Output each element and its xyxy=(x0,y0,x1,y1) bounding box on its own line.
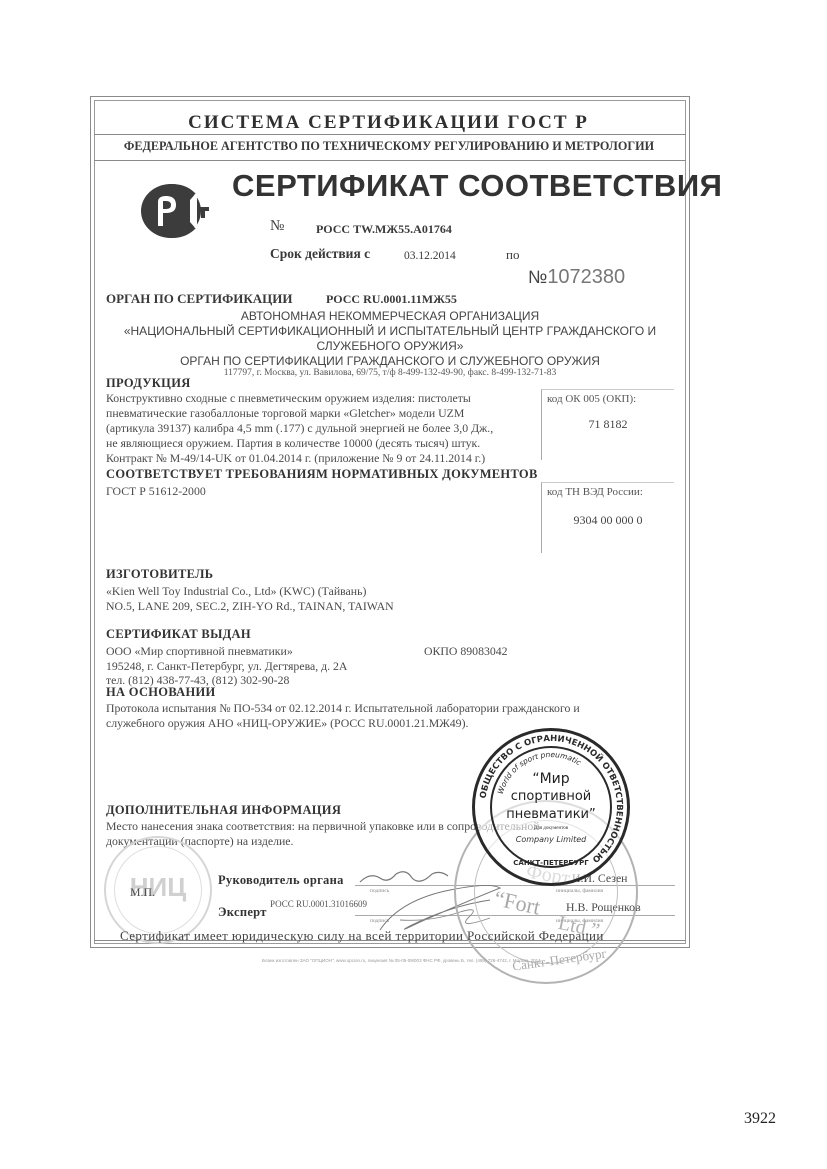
basis-line: Протокола испытания № ПО-534 от 02.12.20… xyxy=(106,701,580,716)
certification-body-line: «НАЦИОНАЛЬНЫЙ СЕРТИФИКАЦИОННЫЙ И ИСПЫТАТ… xyxy=(94,324,686,338)
certification-body-line: ОРГАН ПО СЕРТИФИКАЦИИ ГРАЖДАНСКОГО И СЛУ… xyxy=(94,354,686,368)
certification-body-code: РОСС RU.0001.11МЖ55 xyxy=(326,292,457,307)
stamp-for-docs: Для документов xyxy=(475,826,627,831)
conformity-standard: ГОСТ Р 51612-2000 xyxy=(106,484,206,499)
serial-prefix: № xyxy=(528,267,547,287)
number-label: № xyxy=(270,218,284,235)
product-line: пневматические газобаллоные торговой мар… xyxy=(106,406,464,421)
additional-info-label: ДОПОЛНИТЕЛЬНАЯ ИНФОРМАЦИЯ xyxy=(106,803,341,818)
certification-body-line: АВТОНОМНАЯ НЕКОММЕРЧЕСКАЯ ОРГАНИЗАЦИЯ xyxy=(94,309,686,323)
nic-seal-text: НИЦ xyxy=(106,872,210,903)
divider xyxy=(94,160,686,161)
valid-from-date: 03.12.2014 xyxy=(404,250,456,262)
rst-logo-icon xyxy=(134,180,214,242)
product-line: не являющиеся оружием. Партия в количест… xyxy=(106,436,480,451)
company-stamp: ОБЩЕСТВО С ОГРАНИЧЕННОЙ ОТВЕТСТВЕННОСТЬЮ… xyxy=(472,728,630,886)
issued-to-label: СЕРТИФИКАТ ВЫДАН xyxy=(106,627,251,642)
legal-validity-note: Сертификат имеет юридическую силу на все… xyxy=(120,928,604,944)
serial-value: 1072380 xyxy=(547,266,625,288)
okp-code-label: код ОК 005 (ОКП): xyxy=(547,393,636,405)
valid-to-label: по xyxy=(506,247,519,263)
product-line: Конструктивно сходные с пневметическим о… xyxy=(106,391,471,406)
stamp-line: “Мир xyxy=(475,771,627,787)
system-title: СИСТЕМА СЕРТИФИКАЦИИ ГОСТ Р xyxy=(0,112,777,134)
seal-place-label: М.П. xyxy=(130,885,155,900)
okp-code-value: 71 8182 xyxy=(542,417,674,432)
tnved-code-label: код ТН ВЭД России: xyxy=(547,486,643,498)
stamp-line: спортивной xyxy=(475,789,627,804)
validity-label: Срок действия с xyxy=(270,246,370,262)
divider xyxy=(94,134,686,135)
head-label: Руководитель органа xyxy=(218,873,344,888)
manufacturer-label: ИЗГОТОВИТЕЛЬ xyxy=(106,567,213,582)
stamp-line: пневматики” xyxy=(475,807,627,822)
product-label: ПРОДУКЦИЯ xyxy=(106,376,191,391)
manufacturer-address: NO.5, LANE 209, SEC.2, ZIH-YO Rd., TAINA… xyxy=(106,599,394,614)
okp-code-box: код ОК 005 (ОКП): 71 8182 xyxy=(541,389,674,460)
certification-body-line: СЛУЖЕБНОГО ОРУЖИЯ» xyxy=(94,339,686,353)
tnved-code-box: код ТН ВЭД России: 9304 00 000 0 xyxy=(541,482,674,553)
issued-to-address: 195248, г. Санкт-Петербург, ул. Дегтярев… xyxy=(106,659,347,674)
basis-line: служебного оружия АНО «НИЦ-ОРУЖИЕ» (РОСС… xyxy=(106,716,468,731)
certificate-title: СЕРТИФИКАТ СООТВЕТСТВИЯ xyxy=(232,168,722,204)
issued-to-name: ООО «Мир спортивной пневматики» xyxy=(106,644,293,659)
stamp-city: САНКТ-ПЕТЕРБУРГ xyxy=(475,859,627,867)
page-number: 3922 xyxy=(744,1110,776,1128)
expert-label: Эксперт xyxy=(218,905,267,920)
blank-printer-info: Бланк изготовлен ЗАО "ОПЦИОН", www.opcio… xyxy=(262,958,541,963)
basis-label: НА ОСНОВАНИИ xyxy=(106,685,216,700)
issued-to-okpo: ОКПО 89083042 xyxy=(424,644,508,659)
certification-body-label: ОРГАН ПО СЕРТИФИКАЦИИ xyxy=(106,291,293,307)
product-line: (артикула 39137) калибра 4,5 mm (.177) с… xyxy=(106,421,493,436)
manufacturer-name: «Kien Well Toy Industrial Co., Ltd» (KWC… xyxy=(106,584,366,599)
blank-serial-number: №1072380 xyxy=(528,266,625,289)
product-line: Контракт № М-49/14-UK от 01.04.2014 г. (… xyxy=(106,451,485,466)
conformity-label: СООТВЕТСТВУЕТ ТРЕБОВАНИЯМ НОРМАТИВНЫХ ДО… xyxy=(106,467,538,482)
tnved-code-value: 9304 00 000 0 xyxy=(542,513,674,528)
certificate-number: РОСС TW.МЖ55.А01764 xyxy=(316,222,452,237)
stamp-company: Company Limited xyxy=(475,835,627,844)
agency-name: ФЕДЕРАЛЬНОЕ АГЕНТСТВО ПО ТЕХНИЧЕСКОМУ РЕ… xyxy=(92,139,686,154)
